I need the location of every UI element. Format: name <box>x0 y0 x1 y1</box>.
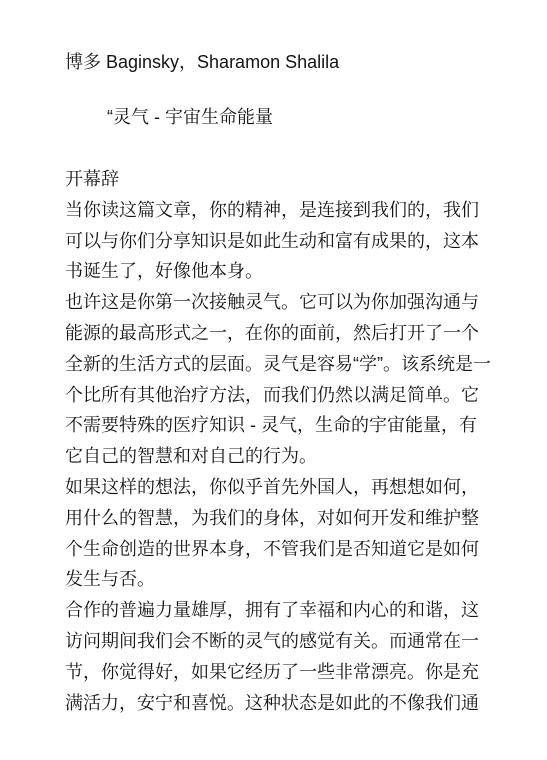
text-line: 用什么的智慧，为我们的身体，对如何开发和维护整 <box>65 503 547 534</box>
author-line: 博多 Baginsky，Sharamon Shalila <box>65 47 547 78</box>
text-line: 不需要特殊的医疗知识 - 灵气，生命的宇宙能量，有 <box>65 410 547 441</box>
text-line: 个生命创造的世界本身，不管我们是否知道它是如何 <box>65 534 547 565</box>
document-page: 博多 Baginsky，Sharamon Shalila “灵气 - 宇宙生命能… <box>0 0 547 760</box>
text-line: 个比所有其他治疗方法，而我们仍然以满足简单。它 <box>65 380 547 411</box>
text-line: 它自己的智慧和对自己的行为。 <box>65 441 547 472</box>
text-line: 能源的最高形式之一，在你的面前，然后打开了一个 <box>65 318 547 349</box>
text-line: 全新的生活方式的层面。灵气是容易“学”。该系统是一 <box>65 349 547 380</box>
text-line: 合作的普遍力量雄厚，拥有了幸福和内心的和谐，这 <box>65 595 547 626</box>
text-line: 访问期间我们会不断的灵气的感觉有关。而通常在一 <box>65 626 547 657</box>
text-line: 可以与你们分享知识是如此生动和富有成果的，这本 <box>65 226 547 257</box>
text-line: 满活力，安宁和喜悦。这种状态是如此的不像我们通 <box>65 688 547 719</box>
text-line: 节，你觉得好，如果它经历了一些非常漂亮。你是充 <box>65 657 547 688</box>
book-title: “灵气 - 宇宙生命能量 <box>65 102 547 133</box>
text-line: 如果这样的想法，你似乎首先外国人，再想想如何， <box>65 472 547 503</box>
section-heading: 开幕辞 <box>65 164 547 195</box>
body-text: 当你读这篇文章，你的精神，是连接到我们的，我们 可以与你们分享知识是如此生动和富… <box>65 195 547 719</box>
text-line: 当你读这篇文章，你的精神，是连接到我们的，我们 <box>65 195 547 226</box>
text-line: 发生与否。 <box>65 564 547 595</box>
text-line: 也许这是你第一次接触灵气。它可以为你加强沟通与 <box>65 287 547 318</box>
text-line: 书诞生了，好像他本身。 <box>65 256 547 287</box>
